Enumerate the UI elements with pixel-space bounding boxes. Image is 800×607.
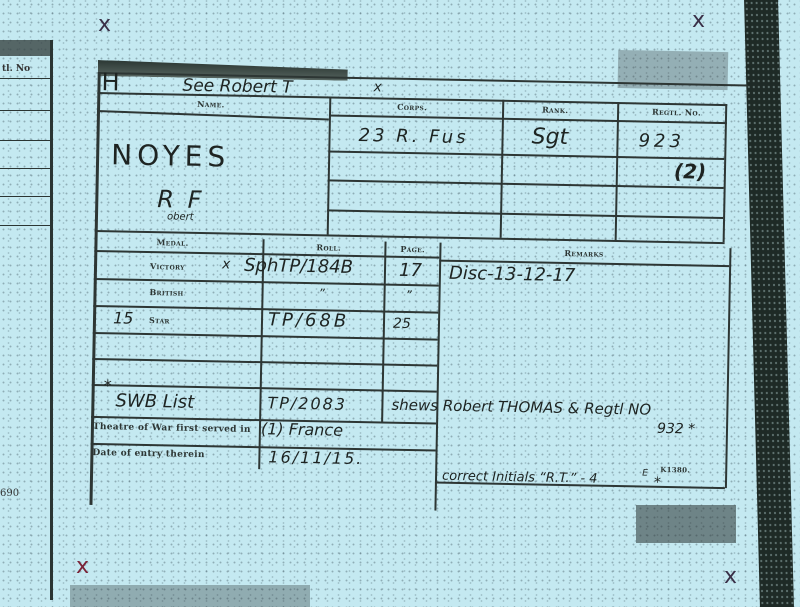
rule [0,196,50,197]
label-corps: Corps. [397,102,427,113]
initials-annotation: obert [167,211,194,223]
correction-text: correct Initials “R.T.” - 4 [442,469,598,487]
correction-superscript: E [642,469,648,479]
swb-label: SWB List [115,390,194,413]
medal-name: Victory [150,261,185,272]
label-regtl-no: Regtl. No. [652,107,701,118]
label-roll: Roll. [316,242,341,252]
copy-shadow [70,585,310,607]
label-date-entry: Date of entry therein [92,448,205,460]
rule [0,168,50,169]
regtl-no-value: 923 [638,130,685,152]
medal-roll: TP/68B [268,309,350,332]
rank-value: Sgt [531,124,568,150]
header-mark: x [373,79,382,95]
medal-roll: SphTP/184B [244,255,353,278]
medal-index-card: H See Robert T x Name. Corps. Rank. Regt… [89,60,747,517]
corner-x-mark: x [724,566,737,588]
corner-x-mark: x [98,14,111,36]
medal-page: 17 [399,260,422,281]
medal-mark: x [222,256,231,272]
adjacent-card-top-shade [0,40,50,56]
scanner-edge-band [744,0,794,607]
adjacent-card-number: 690 [0,488,19,499]
label-name: Name. [197,99,225,110]
corner-x-mark: x [76,556,89,578]
adjacent-card-label: tl. No [2,64,30,74]
label-medal: Medal. [156,237,188,248]
correction-ref: K1380. [660,465,690,475]
rule [0,225,50,226]
rule [0,78,50,79]
date-value: 16/11/15. [268,447,363,468]
rule [0,140,50,141]
label-page: Page. [400,244,425,254]
medal-page: 25 [393,316,411,332]
swb-roll: TP/2083 [267,393,347,414]
swb-remarks-2: 932 * [657,421,695,438]
swb-mark: * [104,376,112,395]
theatre-value: (1) France [261,419,343,440]
corner-x-mark: x [692,10,705,32]
correction-mark: * [654,475,661,491]
rule [0,110,50,111]
adjacent-card-left: tl. No 690 [0,40,53,600]
initials: R F [157,185,205,214]
medal-name: British [149,287,183,298]
medal-name: Star [149,315,170,325]
corps-value: 23 R. Fus [358,125,468,148]
medal-page: ” [405,288,411,302]
medal-remarks: Disc-13-12-17 [449,263,576,286]
label-rank: Rank. [542,105,568,116]
surname: NOYES [111,138,231,173]
medal-roll: ” [318,286,324,300]
label-remarks: Remarks [564,248,603,259]
medal-prefix: 15 [113,308,134,327]
regtl-no-annotation: (2) [674,159,707,184]
